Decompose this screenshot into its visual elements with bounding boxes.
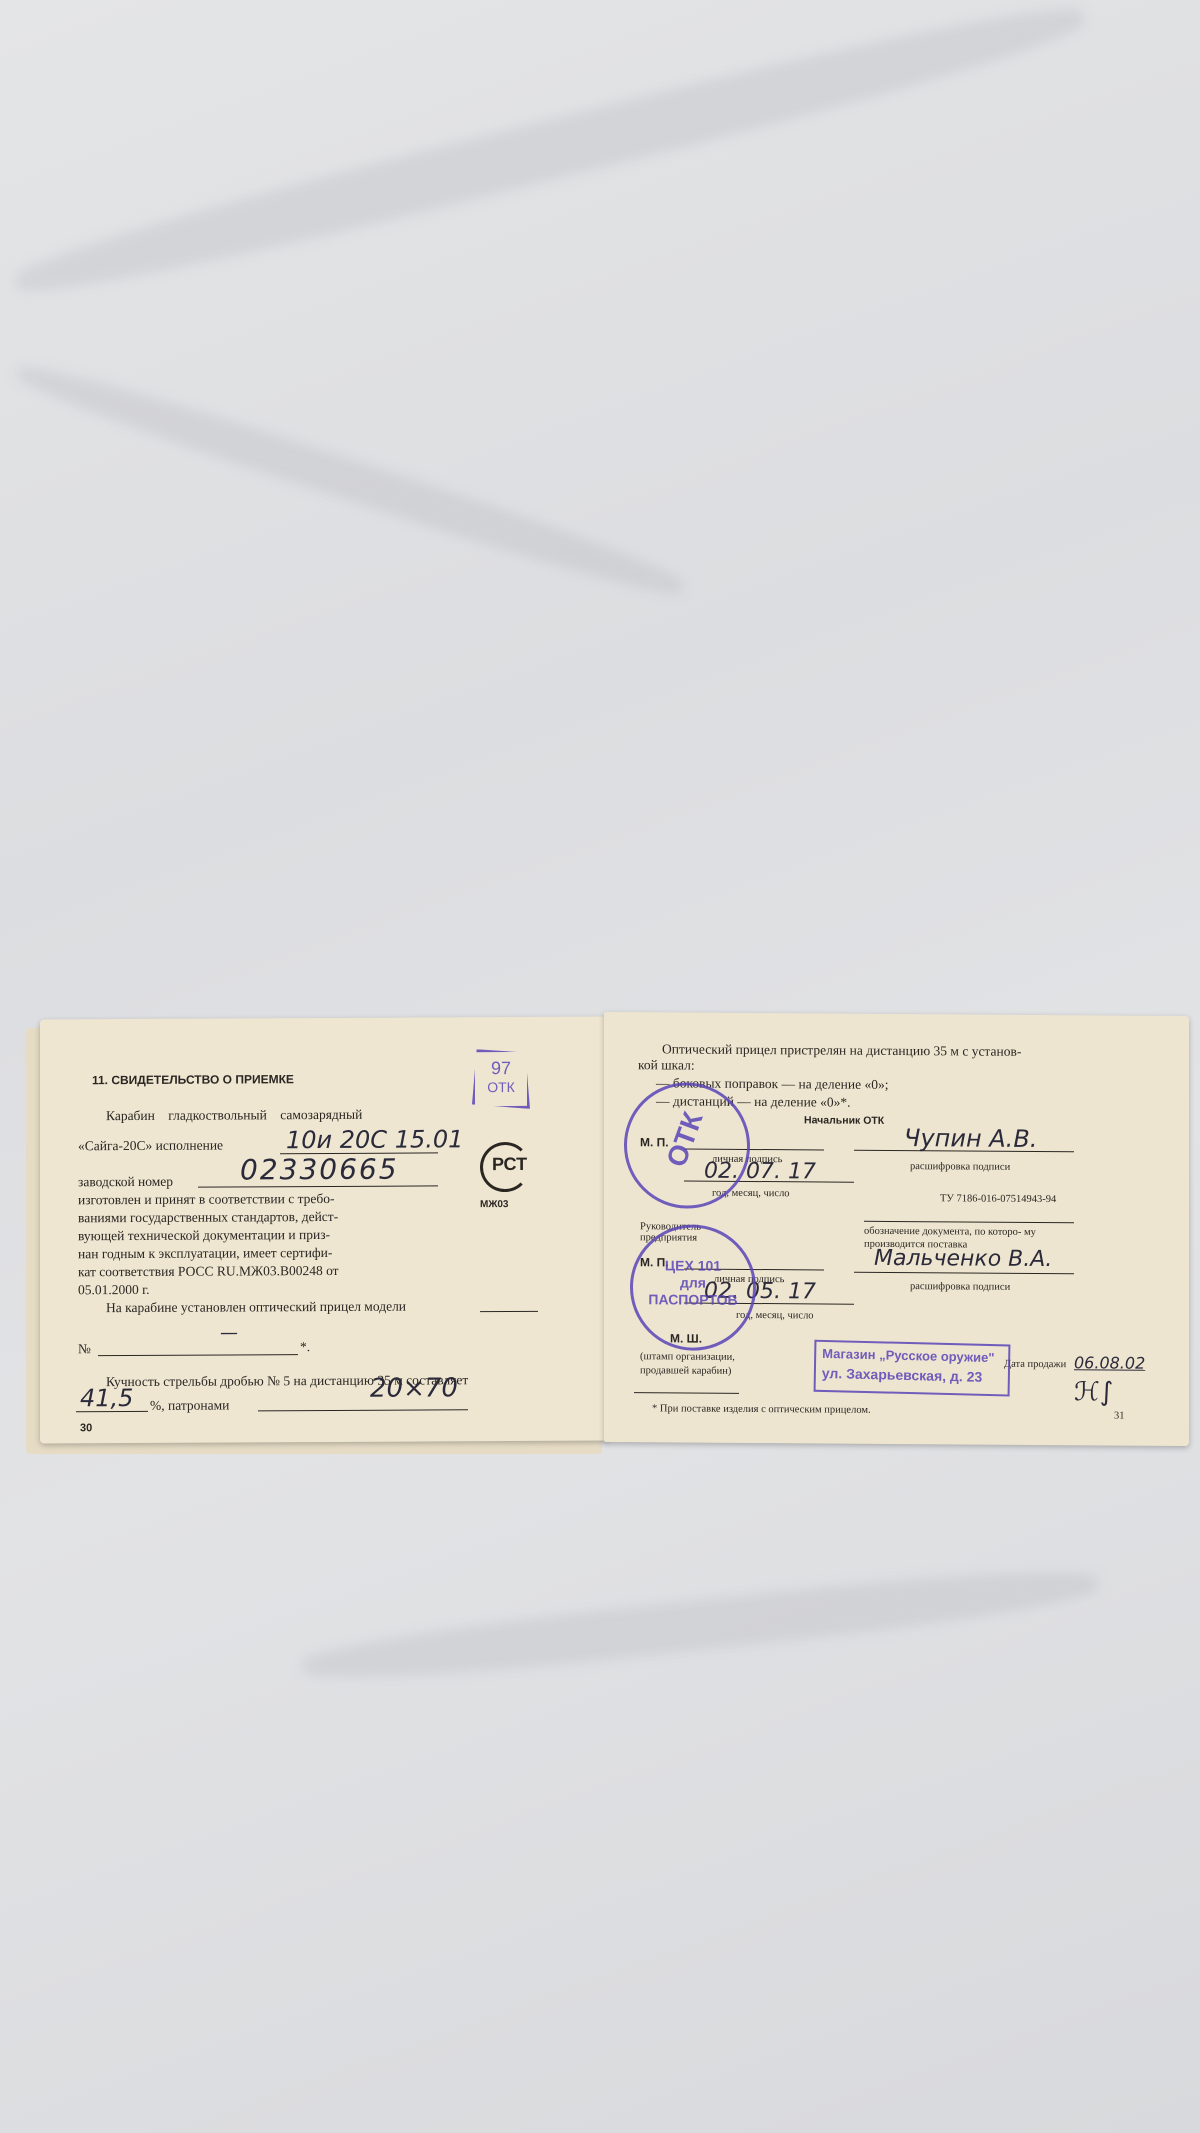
sale-date-label: Дата продажи (1004, 1360, 1066, 1371)
workshop-round-stamp: ЦЕХ 101 для ПАСПОРТОВ (630, 1224, 756, 1351)
text-line: кат соответствия РОСС RU.МЖ03.В00248 от (78, 1264, 339, 1279)
footnote: * При поставке изделия с оптическим приц… (652, 1404, 871, 1416)
scope-number-label: № (78, 1342, 91, 1356)
text-line: Карабин гладкоствольный самозарядный (106, 1108, 362, 1123)
text-line: ваниями государственных стандартов, дейс… (78, 1210, 338, 1225)
handwritten-variant: 10и 20С 15.01 (286, 1125, 463, 1154)
handwritten-serial: 02330665 (240, 1153, 399, 1187)
underline (854, 1272, 1074, 1275)
seller-signature: ℋ∫ (1074, 1377, 1113, 1407)
handwritten-accuracy: 41,5 (80, 1384, 133, 1412)
shop-stamp-line: ул. Захарьевская, д. 23 (822, 1365, 1002, 1385)
stamp-line: ЦЕХ 101 (647, 1257, 739, 1274)
handwritten-sale-date: 06.08.02 (1074, 1353, 1145, 1372)
text-line: «Сайга-20С» исполнение (78, 1139, 223, 1153)
text-line: 05.01.2000 г. (78, 1283, 150, 1297)
org-stamp-label: (штамп организации, продавшей карабин) (640, 1350, 750, 1378)
text-line: На карабине установлен оптический прицел… (106, 1300, 406, 1315)
signature-decoding-label: расшифровка подписи (910, 1162, 1010, 1173)
stamp-number: 97 (475, 1058, 527, 1079)
cert-code: МЖ03 (480, 1200, 509, 1210)
cloth-fold (300, 1558, 1101, 1691)
underline (634, 1392, 739, 1394)
signature-decoding-label-2: расшифровка подписи (910, 1282, 1010, 1293)
cloth-fold (11, 353, 689, 607)
tu-code: ТУ 7186-016-07514943-94 (940, 1194, 1056, 1205)
underline (258, 1409, 468, 1411)
underline (864, 1221, 1074, 1223)
stamp-center-text: ЦЕХ 101 для ПАСПОРТОВ (647, 1257, 739, 1308)
asterisk: *. (300, 1340, 310, 1354)
rst-logo-text: РСТ (492, 1155, 527, 1173)
stamp-label: ОТК (475, 1079, 527, 1095)
text-line: нан годным к эксплуатации, имеет сертифи… (78, 1246, 332, 1261)
cloth-fold (9, 0, 1091, 312)
otk-head-label: Начальник ОТК (804, 1115, 884, 1126)
section-title: 11. СВИДЕТЕЛЬСТВО О ПРИЕМКЕ (92, 1073, 294, 1086)
percent-label: %, патронами (150, 1398, 229, 1412)
text-line: Оптический прицел пристрелян на дистанци… (662, 1042, 1021, 1058)
text-line: изготовлен и принят в соответствии с тре… (78, 1192, 335, 1207)
page-number: 31 (1114, 1412, 1125, 1423)
handwritten-manager: Мальченко В.А. (874, 1246, 1052, 1272)
underline (480, 1311, 538, 1312)
stamp-line: для (647, 1274, 739, 1291)
page-number: 30 (80, 1423, 92, 1434)
stamp-line: ПАСПОРТОВ (647, 1291, 739, 1308)
shop-stamp-line: Магазин „Русское оружие" (822, 1346, 1002, 1365)
text-line: вующей технической документации и приз- (78, 1228, 330, 1243)
otk-round-stamp: ОТК (624, 1082, 750, 1209)
handwritten-otk-head: Чупин А.В. (904, 1124, 1037, 1153)
serial-label: заводской номер (78, 1175, 173, 1189)
stamp-center-text: ОТК (660, 1108, 709, 1172)
otk-97-stamp: 97 ОТК (472, 1049, 530, 1109)
passport-booklet: 11. СВИДЕТЕЛЬСТВО О ПРИЕМКЕ Карабин глад… (8, 1018, 1193, 1448)
left-page: 11. СВИДЕТЕЛЬСТВО О ПРИЕМКЕ Карабин глад… (40, 1017, 608, 1444)
handwritten-cartridges: 20×70 (370, 1373, 458, 1403)
shop-stamp: Магазин „Русское оружие" ул. Захарьевска… (814, 1340, 1011, 1397)
handwritten-scope-number: — (220, 1322, 238, 1343)
right-page: Оптический прицел пристрелян на дистанци… (604, 1012, 1189, 1446)
text-line: кой шкал: (638, 1058, 695, 1072)
underline (98, 1354, 298, 1356)
